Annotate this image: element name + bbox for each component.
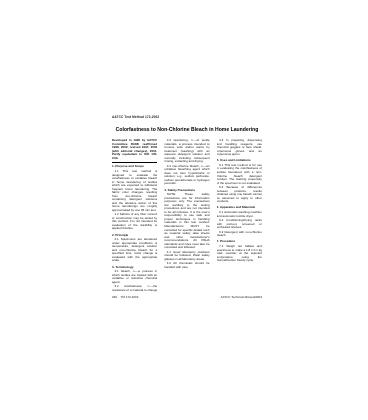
page-footer: 290 TM 172-2002 AATCC Technical Manual/2…	[112, 295, 262, 299]
paragraph: 3.4 non-chlorine bleach, n.—an oxidative…	[164, 165, 209, 186]
paragraph: 3.3 laundering, n.—of textile materials,…	[164, 139, 209, 164]
development-credits: Developed in 1996 by AATCC Committee RA8…	[112, 139, 157, 160]
paragraph: 3.1 bleach, n.—a process in which textil…	[112, 270, 157, 284]
text-column-2: 3.3 laundering, n.—of textile materials,…	[164, 139, 209, 292]
paragraph: 6.1 Automatic washing machine and automa…	[217, 211, 262, 218]
page-title: Colorfastness to Non-Chlorine Bleach in …	[112, 127, 262, 133]
method-number-line: AATCC Test Method 172-2002	[112, 115, 262, 119]
paragraph: 5.2 Because of differences between produ…	[217, 186, 262, 204]
text-columns: Developed in 1996 by AATCC Committee RA8…	[112, 139, 262, 292]
paragraph: 4.2 All chemicals should be handled with…	[164, 262, 209, 269]
page-content: AATCC Test Method 172-2002 Colorfastness…	[112, 115, 262, 292]
paragraph: NOTE: These safety precautions are for i…	[164, 193, 209, 250]
paragraph: 6.3 Detergent with non-chlorine bleach.	[217, 231, 262, 238]
column-1-body: 1. Purpose and Scope1.1 This test method…	[112, 165, 157, 292]
manual-reference: AATCC Technical Manual/2004	[221, 295, 262, 299]
text-column-3: 4.3 In preparing, dispensing and handlin…	[217, 139, 262, 292]
paragraph: 6.2 Conditioning/drying racks with pull-…	[217, 219, 262, 230]
footer-left: 290 TM 172-2002	[112, 295, 138, 299]
text-column-1: Developed in 1996 by AATCC Committee RA8…	[112, 139, 157, 292]
paragraph: 1.2 Fabrics of any fiber content or cons…	[112, 213, 157, 231]
paragraph: 1.1 This test method is designed to eval…	[112, 170, 157, 212]
paragraph: 3.2 colorfastness, n.—the resistance of …	[112, 285, 157, 292]
credits-divider-rule	[112, 162, 157, 163]
page-number: 290	[112, 295, 117, 299]
paragraph: 7.1 Weigh out ballast and specimens to m…	[217, 245, 262, 263]
document-page: AATCC Test Method 172-2002 Colorfastness…	[0, 0, 368, 420]
paragraph: 2.1 Specimens are laundered under approp…	[112, 238, 157, 263]
paragraph: 4.1 Good laboratory practices should be …	[164, 251, 209, 262]
column-2-body: 3.3 laundering, n.—of textile materials,…	[164, 139, 209, 269]
paragraph: 4.3 In preparing, dispensing and handlin…	[217, 139, 262, 157]
paragraph: 5.1 This test method is for use in evalu…	[217, 164, 262, 185]
method-reference: TM 172-2002	[121, 295, 139, 299]
column-3-body: 4.3 In preparing, dispensing and handlin…	[217, 139, 262, 263]
